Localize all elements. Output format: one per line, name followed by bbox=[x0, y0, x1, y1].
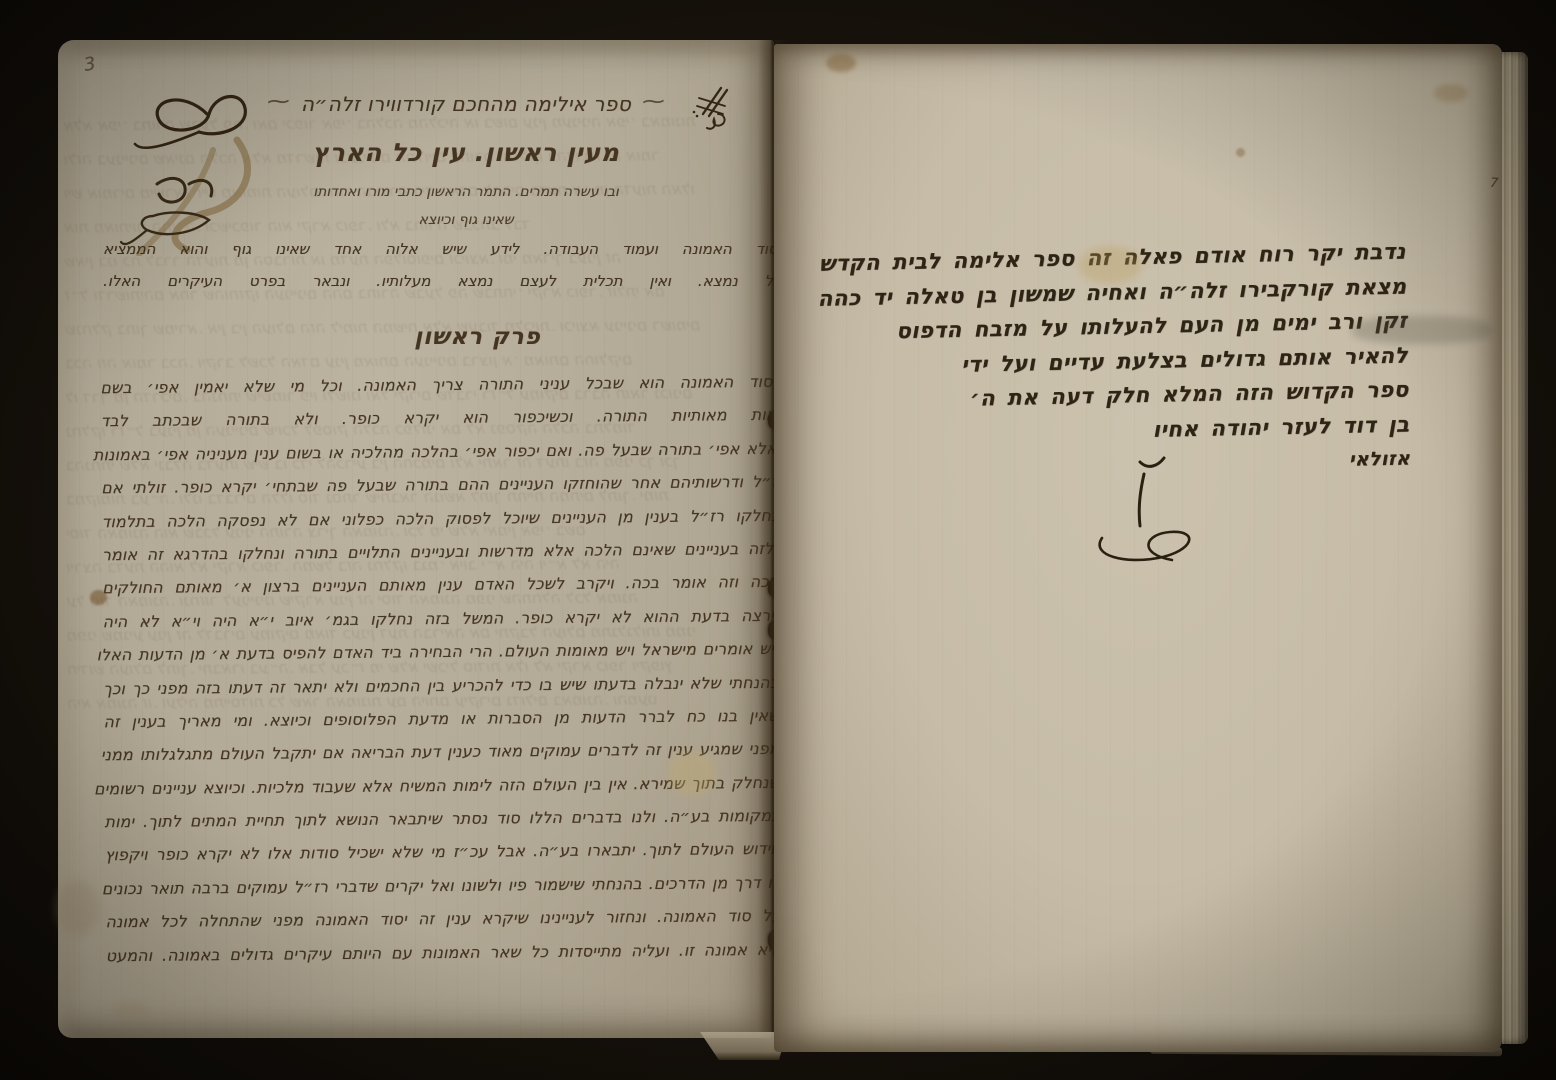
contents-line: ובו עשרה תמרים. התמר הראשון כתבי מורו וא… bbox=[136, 184, 796, 200]
folio-number: 3 bbox=[82, 53, 97, 76]
manuscript-photo: אלא אפי׳ בתורה שבעל פה. ואם יכפור אפי׳ ב… bbox=[0, 0, 1556, 1080]
section-title: מעין ראשון. עין כל הארץ bbox=[136, 138, 796, 167]
signature-flourish-icon bbox=[1074, 452, 1214, 572]
left-page-body-text: יסוד האמונה הוא שבכל עניני התורה צריך הא… bbox=[100, 365, 782, 972]
preface-line-1: יסוד האמונה ועמוד העבודה. לידע שיש אלוה … bbox=[103, 240, 781, 258]
preface-line-2: כל נמצא. ואין תכלית לעצם נמצא מעלותיו. ו… bbox=[103, 272, 781, 290]
book-title: ~ספר אילימה מהחכם קורדווירו זלה״ה~ bbox=[136, 92, 796, 116]
contents-line-2: שאינו גוף וכיוצא bbox=[136, 212, 796, 228]
right-page: נדבת יקר רוח אודם פאלה זה ספר אלימה לבית… bbox=[774, 44, 1502, 1052]
chapter-heading: פרק ראשון bbox=[141, 324, 814, 350]
body-line: היא אמונה זו. ועליה מתייסדות כל שאר האמו… bbox=[106, 932, 782, 972]
fore-edge-number: 7 bbox=[1489, 176, 1498, 192]
left-page: אלא אפי׳ בתורה שבעל פה. ואם יכפור אפי׳ ב… bbox=[58, 40, 774, 1038]
ornament-tilde: ~ bbox=[618, 89, 690, 113]
owner-inscription: נדבת יקר רוח אודם פאלה זה ספר אלימה לבית… bbox=[786, 236, 1411, 488]
ornament-tilde: ~ bbox=[242, 89, 314, 113]
fore-edge bbox=[1502, 52, 1528, 1044]
book-title-text: ספר אילימה מהחכם קורדווירו זלה״ה bbox=[301, 92, 631, 116]
